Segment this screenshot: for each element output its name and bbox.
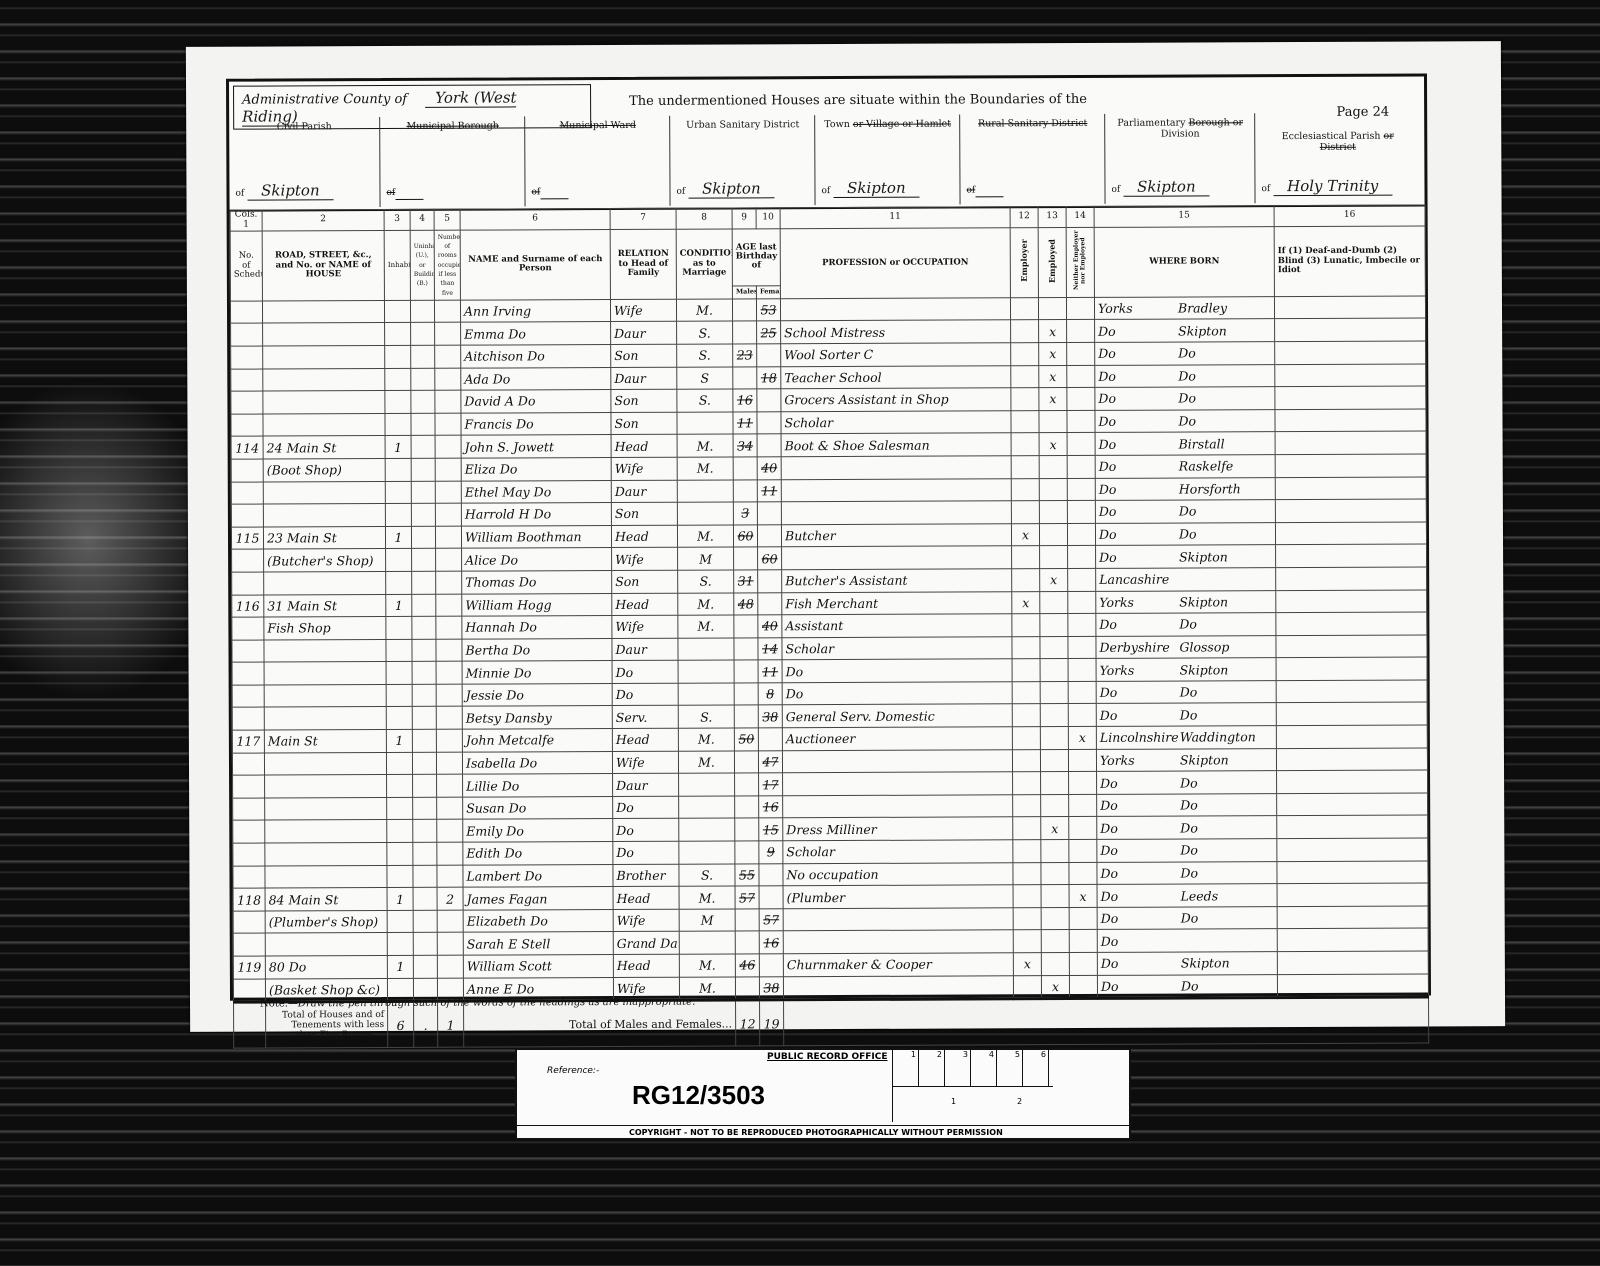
rooms xyxy=(437,865,463,888)
address xyxy=(263,413,385,436)
of-label: of xyxy=(531,187,540,197)
inhabited xyxy=(384,300,410,323)
where-born: LincolnshireWaddington xyxy=(1096,726,1276,749)
total-males: 12 xyxy=(736,1000,760,1046)
address: Fish Shop xyxy=(264,617,386,640)
schedule-number xyxy=(232,708,264,731)
male-age xyxy=(734,705,758,728)
male-age: 48 xyxy=(734,592,758,615)
inhabited xyxy=(385,391,411,414)
area-label: Municipal Ward xyxy=(525,120,670,132)
occupation: Grocers Assistant in Shop xyxy=(781,388,1011,412)
uninhabited xyxy=(411,436,435,459)
infirmity xyxy=(1276,680,1427,703)
employer-mark xyxy=(1013,862,1041,885)
schedule-number xyxy=(231,504,263,527)
schedule-number xyxy=(233,866,265,889)
rooms xyxy=(435,503,461,526)
male-age xyxy=(735,773,759,796)
census-rows: Ann IrvingWifeM.53YorksBradleyEmma DoDau… xyxy=(230,296,1428,1003)
of-label: of xyxy=(821,186,830,196)
schedule-number xyxy=(232,685,264,708)
infirmity xyxy=(1275,476,1426,499)
occupation xyxy=(781,501,1011,525)
infirmity xyxy=(1276,702,1427,725)
address: (Butcher's Shop) xyxy=(264,549,386,572)
occupation xyxy=(780,298,1010,322)
male-age xyxy=(734,547,758,570)
neither-mark xyxy=(1069,839,1097,862)
neither-mark xyxy=(1068,636,1096,659)
uninhabited xyxy=(413,955,437,978)
relation: Wife xyxy=(613,909,679,932)
neither-mark xyxy=(1066,297,1094,320)
header-condition: CONDITION as to Marriage xyxy=(676,229,732,299)
infirmity xyxy=(1276,567,1427,590)
header-employer: Employer xyxy=(1010,227,1038,297)
address xyxy=(264,571,386,594)
schedule-number: 114 xyxy=(231,436,263,459)
uninhabited xyxy=(412,684,436,707)
employed-mark xyxy=(1041,930,1069,953)
infirmity xyxy=(1275,409,1426,432)
occupation: Scholar xyxy=(783,840,1013,864)
where-born: DoDo xyxy=(1097,793,1277,816)
neither-mark: x xyxy=(1069,885,1097,908)
schedule-number xyxy=(233,775,265,798)
where-born: DoDo xyxy=(1097,906,1277,929)
copyright-notice: COPYRIGHT - NOT TO BE REPRODUCED PHOTOGR… xyxy=(517,1125,1129,1138)
employed-mark xyxy=(1041,907,1069,930)
female-age xyxy=(758,592,782,615)
rooms xyxy=(436,661,462,684)
header-females: Females xyxy=(756,286,780,299)
occupation: Scholar xyxy=(781,411,1011,435)
uninhabited xyxy=(412,707,436,730)
header-name: NAME and Surname of each Person xyxy=(460,229,610,300)
rooms xyxy=(434,300,460,323)
address xyxy=(263,368,385,391)
address xyxy=(264,752,386,775)
uninhabited xyxy=(411,526,435,549)
infirmity xyxy=(1276,544,1427,567)
employer-mark xyxy=(1011,343,1039,366)
area-town: Town or Village or Hamlet of Skipton xyxy=(814,114,960,205)
condition: M. xyxy=(678,615,734,638)
col-num: 3 xyxy=(384,209,410,230)
area-label: Civil Parish xyxy=(229,121,379,133)
area-municipal-borough: Municipal Borough of xyxy=(379,116,525,207)
infirmity xyxy=(1276,725,1427,748)
employed-mark: x xyxy=(1041,975,1069,999)
rooms xyxy=(436,594,462,617)
neither-mark xyxy=(1067,455,1095,478)
rooms xyxy=(436,548,462,571)
header-infirmity: If (1) Deaf-and-Dumb (2) Blind (3) Lunat… xyxy=(1274,226,1425,297)
condition: S. xyxy=(677,389,733,412)
male-age xyxy=(734,615,758,638)
person-name: William Boothman xyxy=(461,525,611,548)
male-age: 16 xyxy=(733,389,757,412)
area-rural-sanitary-district: Rural Sanitary District of xyxy=(959,114,1105,205)
address xyxy=(263,391,385,414)
schedule-number xyxy=(231,459,263,482)
employed-mark: x xyxy=(1041,817,1069,840)
infirmity xyxy=(1276,589,1427,612)
relation: Wife xyxy=(610,299,676,322)
neither-mark xyxy=(1069,794,1097,817)
person-name: David A Do xyxy=(461,390,611,413)
uninhabited xyxy=(411,413,435,436)
employed-mark xyxy=(1041,794,1069,817)
schedule-number xyxy=(231,414,263,437)
inhabited xyxy=(387,797,413,820)
condition: M. xyxy=(677,434,733,457)
where-born: DoDo xyxy=(1095,364,1275,387)
inhabited: 1 xyxy=(387,955,413,978)
employer-mark xyxy=(1013,772,1041,795)
inhabited xyxy=(386,616,412,639)
uninhabited xyxy=(412,616,436,639)
employed-mark xyxy=(1040,591,1068,614)
header-inhabited: Inhabited xyxy=(384,230,410,300)
uninhabited xyxy=(411,345,435,368)
employed-mark xyxy=(1039,410,1067,433)
female-age: 8 xyxy=(758,683,782,706)
female-age: 11 xyxy=(757,479,781,502)
relation: Wife xyxy=(612,548,678,571)
neither-mark xyxy=(1068,591,1096,614)
census-table: Cols. 1 2 3 4 5 6 7 8 9 10 11 12 13 14 1… xyxy=(230,204,1430,1048)
inhabited xyxy=(386,752,412,775)
rooms xyxy=(437,797,463,820)
person-name: Ethel May Do xyxy=(461,480,611,503)
female-age xyxy=(757,502,781,525)
area-ecclesiastical-parish: Ecclesiastical Parish orDistrict of Holy… xyxy=(1254,112,1420,203)
schedule-number: 118 xyxy=(233,888,265,911)
rooms xyxy=(436,684,462,707)
employer-mark xyxy=(1012,614,1040,637)
address: 24 Main St xyxy=(263,436,385,459)
employer-mark xyxy=(1011,410,1039,433)
employed-mark xyxy=(1040,636,1068,659)
header-uninhabited: Uninhabited (U.), or Building (B.) xyxy=(410,230,434,300)
area-value: Skipton xyxy=(247,181,334,200)
person-name: William Scott xyxy=(463,955,613,978)
employed-mark: x xyxy=(1040,568,1068,591)
relation: Head xyxy=(613,886,679,909)
relation: Brother xyxy=(613,864,679,887)
address xyxy=(263,345,385,368)
uninhabited xyxy=(411,458,435,481)
col-num: 16 xyxy=(1274,205,1425,226)
person-name: Edith Do xyxy=(463,842,613,865)
where-born: YorksSkipton xyxy=(1096,590,1276,613)
rooms xyxy=(435,345,461,368)
male-age xyxy=(734,638,758,661)
schedule-number xyxy=(233,820,265,843)
where-born: DoDo xyxy=(1097,839,1277,862)
note-prefix: Note.— xyxy=(260,998,298,1009)
inhabited xyxy=(387,842,413,865)
relation: Head xyxy=(613,954,679,977)
employer-mark xyxy=(1012,704,1040,727)
female-age xyxy=(757,412,781,435)
person-name: Eliza Do xyxy=(461,457,611,480)
address xyxy=(265,933,387,956)
inhabited xyxy=(387,933,413,956)
condition: M. xyxy=(677,457,733,480)
rooms xyxy=(435,458,461,481)
col-num: 2 xyxy=(262,210,384,231)
header-road: ROAD, STREET, &c., and No. or NAME of HO… xyxy=(262,230,384,301)
schedule-number xyxy=(232,549,264,572)
uninhabited xyxy=(413,933,437,956)
female-age: 18 xyxy=(757,366,781,389)
inhabited xyxy=(386,684,412,707)
relation: Son xyxy=(611,502,677,525)
employer-mark xyxy=(1011,433,1039,456)
female-age: 15 xyxy=(759,818,783,841)
employer-mark xyxy=(1011,388,1039,411)
rooms xyxy=(435,436,461,459)
occupation xyxy=(781,456,1011,480)
employer-mark xyxy=(1013,817,1041,840)
neither-mark xyxy=(1069,907,1097,930)
pro-title: PUBLIC RECORD OFFICE xyxy=(767,1052,888,1062)
infirmity xyxy=(1277,974,1428,998)
infirmity xyxy=(1274,296,1425,319)
where-born: DoDo xyxy=(1096,613,1276,636)
relation: Wife xyxy=(611,457,677,480)
scale-ruler: 1 2 3 4 5 6 1 2 xyxy=(892,1050,1053,1122)
col-num: 8 xyxy=(676,208,732,229)
occupation xyxy=(782,749,1012,773)
condition xyxy=(679,841,735,864)
form-header: Administrative County of York (West Ridi… xyxy=(229,76,1425,211)
person-name: James Fagan xyxy=(463,887,613,910)
where-born: DoDo xyxy=(1096,703,1276,726)
uninhabited xyxy=(411,503,435,526)
rooms xyxy=(436,571,462,594)
condition xyxy=(677,502,733,525)
relation: Daur xyxy=(611,322,677,345)
neither-mark xyxy=(1067,365,1095,388)
employer-mark xyxy=(1010,297,1038,320)
employer-mark xyxy=(1013,840,1041,863)
employer-mark xyxy=(1011,478,1039,501)
uninhabited xyxy=(413,865,437,888)
schedule-number xyxy=(233,843,265,866)
where-born: YorksSkipton xyxy=(1096,658,1276,681)
occupation: Wool Sorter C xyxy=(781,343,1011,367)
uninhabited xyxy=(413,842,437,865)
male-age: 3 xyxy=(733,502,757,525)
header-males: Males xyxy=(732,286,756,299)
occupation: Teacher School xyxy=(781,365,1011,389)
col-num: 13 xyxy=(1038,207,1066,228)
male-age xyxy=(733,321,757,344)
female-age: 25 xyxy=(757,321,781,344)
employer-mark xyxy=(1011,365,1039,388)
inhabited xyxy=(387,865,413,888)
person-name: Jessie Do xyxy=(462,683,612,706)
public-record-office-label: PUBLIC RECORD OFFICE Reference:- RG12/35… xyxy=(515,1048,1131,1140)
female-age xyxy=(757,344,781,367)
where-born: Lancashire xyxy=(1096,568,1276,591)
female-age: 47 xyxy=(758,750,782,773)
uninhabited xyxy=(413,888,437,911)
occupation: No occupation xyxy=(783,862,1013,886)
schedule-number xyxy=(233,933,265,956)
employer-mark xyxy=(1011,501,1039,524)
infirmity xyxy=(1277,770,1428,793)
inhabited xyxy=(387,820,413,843)
col-num: 9 xyxy=(732,208,756,229)
of-label: of xyxy=(386,188,395,198)
infirmity xyxy=(1276,612,1427,635)
rooms xyxy=(436,639,462,662)
schedule-number: 119 xyxy=(233,956,265,979)
infirmity xyxy=(1277,815,1428,838)
schedule-number xyxy=(231,323,263,346)
inhabited xyxy=(386,549,412,572)
condition: M. xyxy=(678,751,734,774)
rooms xyxy=(435,413,461,436)
col-num: 5 xyxy=(434,209,460,230)
schedule-number xyxy=(233,911,265,934)
relation: Serv. xyxy=(612,706,678,729)
male-age: 46 xyxy=(735,954,759,977)
person-name: Harrold H Do xyxy=(461,503,611,526)
neither-mark xyxy=(1068,546,1096,569)
cm-tick: 5 xyxy=(997,1050,1023,1086)
cm-tick: 1 xyxy=(893,1050,919,1086)
rooms xyxy=(436,729,462,752)
inhabited xyxy=(385,345,411,368)
where-born: DoDo xyxy=(1097,771,1277,794)
occupation xyxy=(781,478,1011,502)
column-headers: No. of Schedule ROAD, STREET, &c., and N… xyxy=(230,226,1425,288)
area-civil-parish: Civil Parish of Skipton xyxy=(229,117,379,208)
address xyxy=(265,843,387,866)
area-value xyxy=(975,178,1003,197)
where-born: DoLeeds xyxy=(1097,884,1277,907)
rooms xyxy=(436,752,462,775)
relation: Do xyxy=(613,841,679,864)
employed-mark xyxy=(1040,749,1068,772)
where-born: DoSkipton xyxy=(1096,545,1276,568)
person-name: Ann Irving xyxy=(460,299,610,322)
of-label: of xyxy=(1261,184,1270,194)
occupation xyxy=(783,930,1013,954)
male-age: 55 xyxy=(735,864,759,887)
male-age xyxy=(733,457,757,480)
relation: Son xyxy=(611,389,677,412)
occupation xyxy=(783,908,1013,932)
employer-mark: x xyxy=(1013,953,1041,976)
relation: Daur xyxy=(613,773,679,796)
area-value: Skipton xyxy=(1123,177,1210,196)
person-name: Francis Do xyxy=(461,412,611,435)
schedule-number: 115 xyxy=(231,527,263,550)
employed-mark: x xyxy=(1039,365,1067,388)
schedule-number: 117 xyxy=(232,730,264,753)
condition: S. xyxy=(678,705,734,728)
employer-mark xyxy=(1013,907,1041,930)
infirmity xyxy=(1275,318,1426,341)
employed-mark xyxy=(1040,727,1068,750)
male-age xyxy=(735,796,759,819)
schedule-number xyxy=(232,572,264,595)
relation: Do xyxy=(613,819,679,842)
where-born: DoBirstall xyxy=(1095,432,1275,455)
male-age xyxy=(735,909,759,932)
male-age: 34 xyxy=(733,434,757,457)
employed-mark: x xyxy=(1039,388,1067,411)
male-age xyxy=(735,976,759,1000)
where-born: DoSkipton xyxy=(1097,952,1277,975)
employer-mark xyxy=(1012,569,1040,592)
condition xyxy=(678,660,734,683)
rooms xyxy=(436,616,462,639)
col-num: 15 xyxy=(1094,206,1274,228)
person-name: Sarah E Stell xyxy=(463,932,613,955)
rooms xyxy=(435,481,461,504)
rooms xyxy=(436,707,462,730)
male-age: 50 xyxy=(734,728,758,751)
female-age: 38 xyxy=(759,976,783,1000)
occupation: Assistant xyxy=(782,614,1012,638)
relation: Daur xyxy=(612,638,678,661)
address: Main St xyxy=(264,730,386,753)
employer-mark xyxy=(1011,320,1039,343)
where-born: YorksSkipton xyxy=(1096,748,1276,771)
col-num: 11 xyxy=(780,207,1010,229)
inhabited: 1 xyxy=(387,888,413,911)
employer-mark xyxy=(1012,546,1040,569)
occupation: (Plumber xyxy=(783,885,1013,909)
relation: Head xyxy=(611,435,677,458)
employed-mark xyxy=(1040,546,1068,569)
employed-mark xyxy=(1040,681,1068,704)
relation: Wife xyxy=(612,615,678,638)
employed-mark xyxy=(1040,614,1068,637)
male-age xyxy=(734,660,758,683)
col-num: 14 xyxy=(1066,206,1094,227)
person-name: Minnie Do xyxy=(462,661,612,684)
neither-mark xyxy=(1069,930,1097,953)
relation: Daur xyxy=(611,480,677,503)
person-name: Elizabeth Do xyxy=(463,909,613,932)
boundaries-text: The undermentioned Houses are situate wi… xyxy=(629,92,1087,109)
infirmity xyxy=(1276,657,1427,680)
census-sheet: Administrative County of York (West Ridi… xyxy=(186,41,1505,1032)
neither-mark xyxy=(1067,523,1095,546)
area-value: Holy Trinity xyxy=(1273,177,1392,197)
area-parliamentary-division: Parliamentary Borough orDivision of Skip… xyxy=(1104,113,1255,204)
infirmity xyxy=(1276,748,1427,771)
condition: S. xyxy=(678,570,734,593)
neither-mark xyxy=(1068,659,1096,682)
person-name: Ada Do xyxy=(461,367,611,390)
of-label: of xyxy=(676,187,685,197)
where-born: DoDo xyxy=(1095,387,1275,410)
uninhabited xyxy=(411,481,435,504)
occupation: Boot & Shoe Salesman xyxy=(781,433,1011,457)
reference-number: RG12/3503 xyxy=(632,1080,765,1111)
relation: Head xyxy=(612,728,678,751)
